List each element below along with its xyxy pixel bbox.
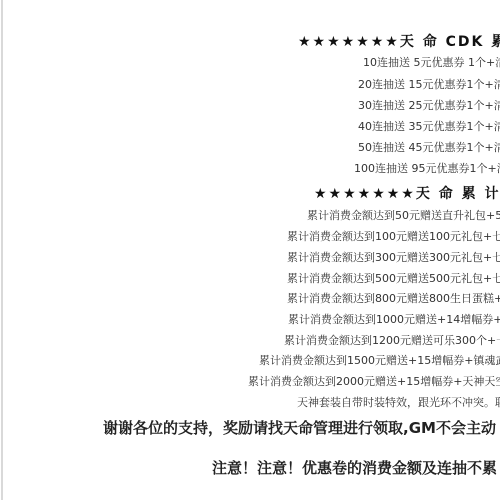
- feedback-note: 天神套装自带时装特效，跟光环不冲突。联系: [297, 396, 500, 410]
- feedback-reward-item: 累计消费金额达到300元赠送300元礼包+七彩色: [287, 251, 500, 265]
- feedback-reward-item: 累计消费金额达到50元赠送直升礼包+50元: [307, 209, 500, 223]
- cdk-reward-item: 40连抽送 35元优惠券1个+清理: [358, 120, 500, 134]
- cdk-reward-item: 50连抽送 45元优惠券1个+清理: [358, 141, 500, 155]
- thanks-notice: 谢谢各位的支持，奖励请找天命管理进行领取,GM不会主动: [103, 418, 496, 438]
- feedback-reward-item: 累计消费金额达到1500元赠送+15增幅券+镇魂武器+: [259, 354, 500, 368]
- warning-notice: 注意！注意！优惠卷的消费金额及连抽不累: [212, 458, 497, 478]
- cdk-reward-item: 30连抽送 25元优惠券1个+清理: [358, 99, 500, 113]
- cdk-section-title: ★★★★★★★天 命 CDK 累 计 抽 奖: [298, 33, 500, 51]
- feedback-reward-item: 累计消费金额达到1000元赠送+14增幅券+七彩: [288, 313, 500, 327]
- feedback-section-title: ★★★★★★★天 命 累 计 回 馈 奖: [314, 185, 500, 203]
- left-border-rule: [1, 0, 3, 500]
- cdk-reward-item: 10连抽送 5元优惠券 1个+清理: [363, 56, 500, 70]
- cdk-reward-item: 100连抽送 95元优惠券1个+清理: [354, 162, 500, 176]
- feedback-reward-item: 累计消费金额达到800元赠送800生日蛋糕+七彩: [287, 292, 500, 306]
- feedback-reward-item: 累计消费金额达到2000元赠送+15增幅券+天神天空套装: [248, 375, 500, 389]
- feedback-reward-item: 累计消费金额达到1200元赠送可乐300个+七彩: [284, 334, 500, 348]
- cdk-reward-item: 20连抽送 15元优惠券1个+清理: [358, 78, 500, 92]
- feedback-reward-item: 累计消费金额达到500元赠送500元礼包+七彩色: [287, 272, 500, 286]
- feedback-reward-item: 累计消费金额达到100元赠送100元礼包+七彩色: [287, 230, 500, 244]
